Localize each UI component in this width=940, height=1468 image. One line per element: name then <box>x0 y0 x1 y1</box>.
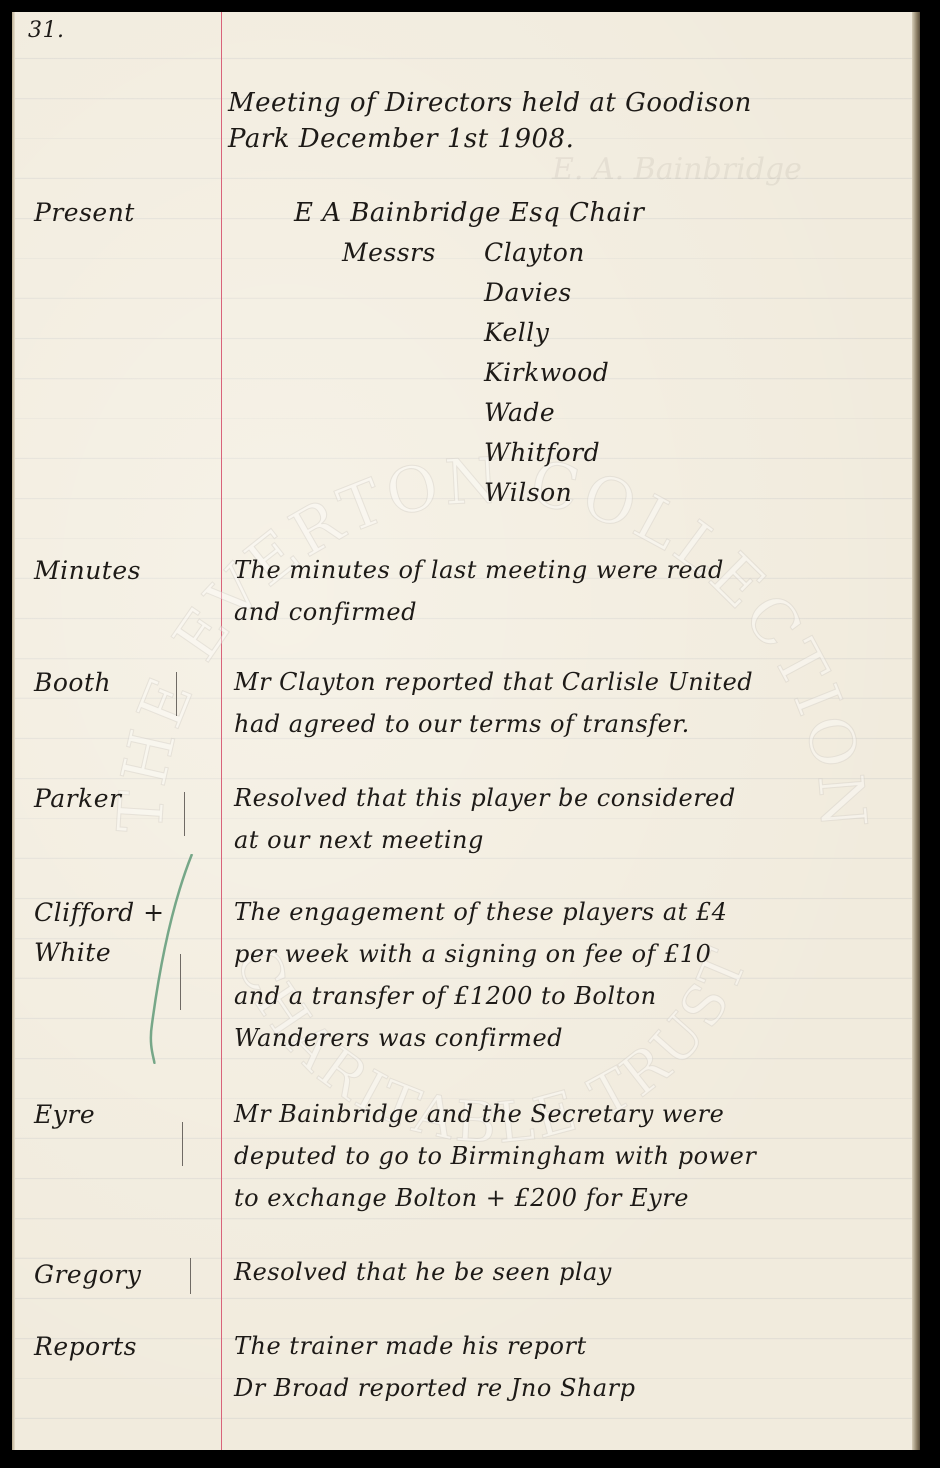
side-heading-eyre: Eyre <box>34 1100 95 1129</box>
attendee-name: Davies <box>484 278 572 307</box>
minute-text-line: to exchange Bolton + £200 for Eyre <box>234 1184 689 1212</box>
attendee-name: Whitford <box>484 438 600 467</box>
minute-text-line: The engagement of these players at £4 <box>234 898 727 926</box>
minute-text-line: The trainer made his report <box>234 1332 587 1360</box>
red-margin-rule <box>221 12 222 1450</box>
side-heading-clifford: Clifford + <box>34 898 165 927</box>
page-number: 31. <box>28 18 65 43</box>
minute-text-line: Dr Broad reported re Jno Sharp <box>234 1374 636 1402</box>
attendee-name: Clayton <box>484 238 585 267</box>
attendee-name: Kelly <box>484 318 549 347</box>
ledger-page: E. A. Bainbridge THE EVERTON COLLECTION … <box>12 12 920 1450</box>
minute-text-line: Resolved that he be seen play <box>234 1258 612 1286</box>
chairman-line: E A Bainbridge Esq Chair <box>294 198 644 228</box>
meeting-heading-line-2: Park December 1st 1908. <box>228 124 574 154</box>
side-heading-reports: Reports <box>34 1332 137 1361</box>
minute-text-line: and confirmed <box>234 598 417 626</box>
attendee-name: Wade <box>484 398 555 427</box>
page-left-edge <box>12 12 15 1450</box>
book-spine-edge <box>912 12 920 1450</box>
messrs-label: Messrs <box>342 238 436 267</box>
minute-text-line: The minutes of last meeting were read <box>234 556 724 584</box>
side-heading-booth: Booth <box>34 668 111 697</box>
minute-text-line: Mr Bainbridge and the Secretary were <box>234 1100 724 1128</box>
minute-text-line: Mr Clayton reported that Carlisle United <box>234 668 753 696</box>
green-pencil-check-icon <box>142 854 202 1064</box>
side-heading-gregory: Gregory <box>34 1260 141 1289</box>
margin-tick-mark <box>182 1122 183 1166</box>
attendee-name: Wilson <box>484 478 572 507</box>
attendee-name: Kirkwood <box>484 358 609 387</box>
side-heading-minutes: Minutes <box>34 556 141 585</box>
side-heading-parker: Parker <box>34 784 121 813</box>
minute-text-line: per week with a signing on fee of £10 <box>234 940 711 968</box>
margin-tick-mark <box>190 1258 191 1294</box>
minute-text-line: deputed to go to Birmingham with power <box>234 1142 756 1170</box>
bleed-through-signature: E. A. Bainbridge <box>552 152 802 187</box>
minute-text-line: had agreed to our terms of transfer. <box>234 710 690 738</box>
meeting-heading-line-1: Meeting of Directors held at Goodison <box>228 88 752 118</box>
side-heading-present: Present <box>34 198 135 227</box>
minute-text-line: Resolved that this player be considered <box>234 784 736 812</box>
margin-tick-mark <box>184 792 185 836</box>
minute-text-line: Wanderers was confirmed <box>234 1024 563 1052</box>
side-heading-white: White <box>34 938 111 967</box>
margin-tick-mark <box>176 672 177 716</box>
margin-tick-mark <box>180 954 181 1010</box>
minute-text-line: at our next meeting <box>234 826 484 854</box>
minute-text-line: and a transfer of £1200 to Bolton <box>234 982 657 1010</box>
